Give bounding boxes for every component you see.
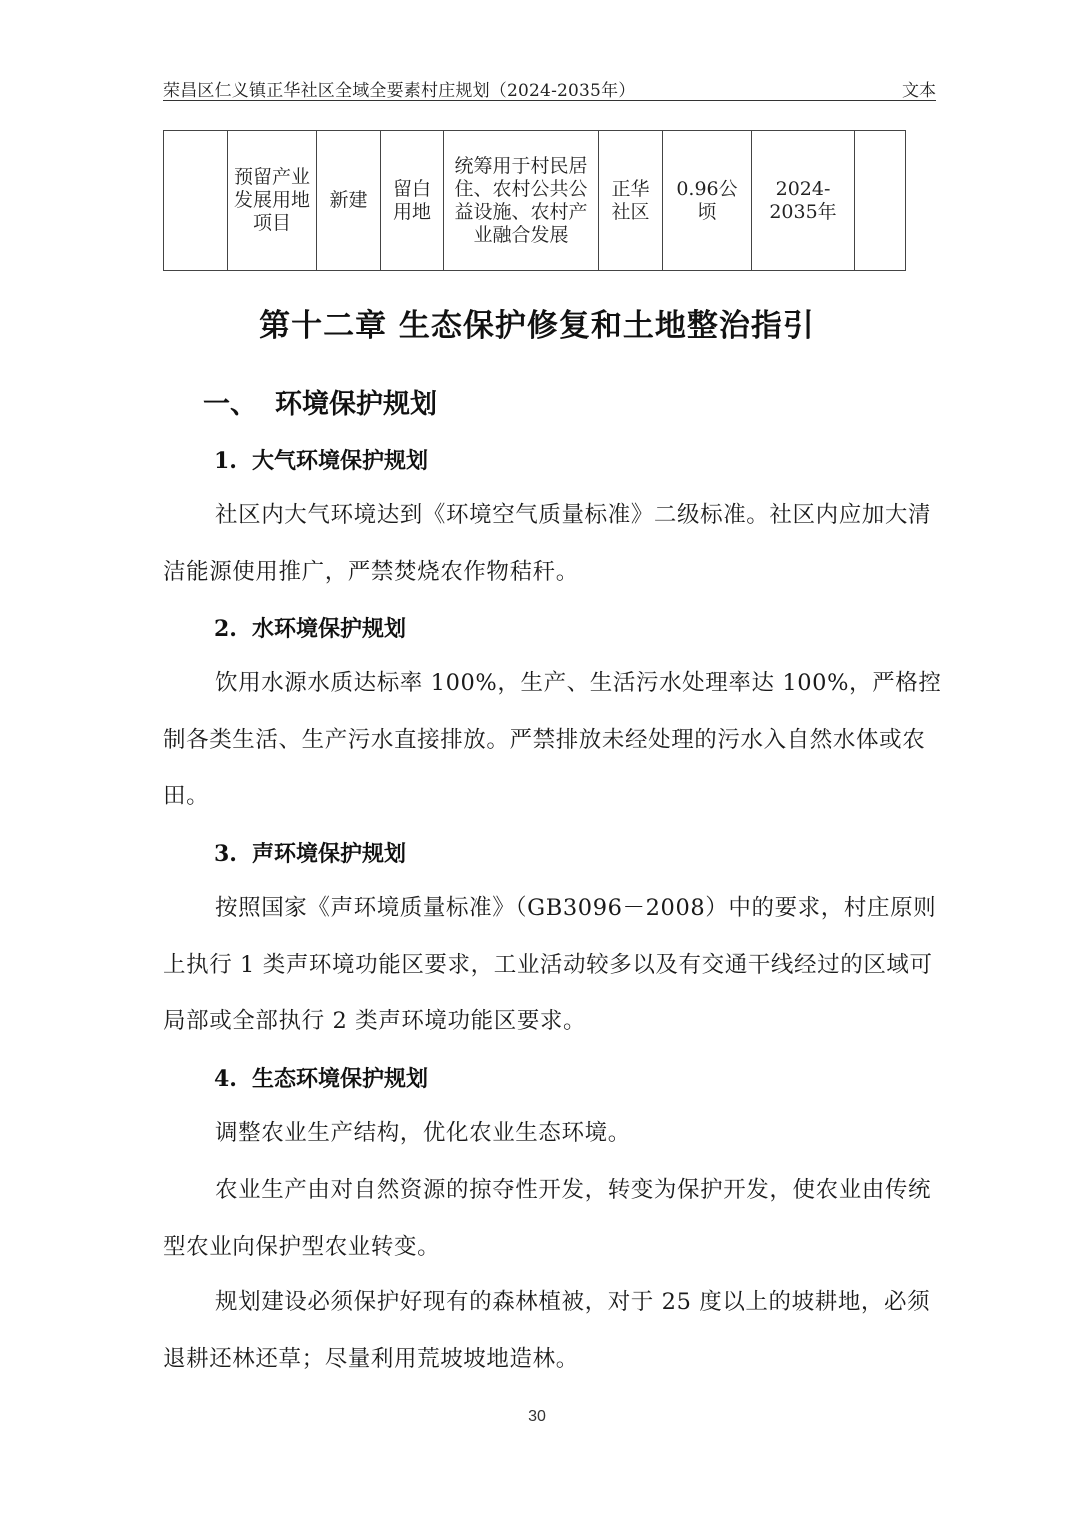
subsection-number: 4. [214, 1066, 252, 1092]
subsection-heading-2: 2.水环境保护规划 [214, 612, 406, 643]
table-cell-area: 0.96公顷 [663, 131, 752, 271]
section-number: 一、 [203, 382, 275, 421]
subsection-title: 生态环境保护规划 [252, 1067, 428, 1092]
page-number: 30 [0, 1408, 1074, 1426]
subsection-number: 2. [214, 616, 252, 642]
table-cell-type: 新建 [317, 131, 381, 271]
table-cell-project-name: 预留产业发展用地项目 [228, 131, 317, 271]
subsection-title: 声环境保护规划 [252, 842, 406, 867]
running-header: 荣昌区仁义镇正华社区全域全要素村庄规划（2024-2035年） 文本 [163, 76, 936, 101]
subsection-title: 水环境保护规划 [252, 617, 406, 642]
project-table: 预留产业发展用地项目 新建 留白用地 统筹用于村民居住、农村公共公益设施、农村产… [163, 130, 906, 271]
paragraph: 按照国家《声环境质量标准》（GB3096－2008）中的要求，村庄原则上执行 1… [163, 880, 945, 1050]
subsection-title: 大气环境保护规划 [252, 449, 428, 474]
section-title: 环境保护规划 [275, 389, 437, 420]
paragraph: 调整农业生产结构，优化农业生态环境。 [163, 1105, 945, 1162]
table-row: 预留产业发展用地项目 新建 留白用地 统筹用于村民居住、农村公共公益设施、农村产… [164, 131, 906, 271]
subsection-heading-3: 3.声环境保护规划 [214, 837, 406, 868]
subsection-heading-1: 1.大气环境保护规划 [214, 444, 428, 475]
paragraph: 规划建设必须保护好现有的森林植被，对于 25 度以上的坡耕地，必须退耕还林还草；… [163, 1274, 945, 1387]
section-heading: 一、环境保护规划 [203, 382, 437, 421]
table-cell-location: 正华社区 [599, 131, 663, 271]
chapter-title: 第十二章 生态保护修复和土地整治指引 [0, 300, 1074, 345]
table-cell-period: 2024-2035年 [752, 131, 855, 271]
table-cell-purpose: 统筹用于村民居住、农村公共公益设施、农村产业融合发展 [444, 131, 599, 271]
paragraph: 社区内大气环境达到《环境空气质量标准》二级标准。社区内应加大清洁能源使用推广，严… [163, 487, 945, 600]
document-type-label: 文本 [902, 76, 936, 101]
paragraph: 农业生产由对自然资源的掠夺性开发，转变为保护开发，使农业由传统型农业向保护型农业… [163, 1162, 945, 1275]
subsection-number: 3. [214, 841, 252, 867]
document-title: 荣昌区仁义镇正华社区全域全要素村庄规划（2024-2035年） [163, 76, 635, 101]
table-cell-remarks [855, 131, 906, 271]
subsection-number: 1. [214, 448, 252, 474]
table-cell-index [164, 131, 228, 271]
subsection-heading-4: 4.生态环境保护规划 [214, 1062, 428, 1093]
paragraph: 饮用水源水质达标率 100%，生产、生活污水处理率达 100%，严格控制各类生活… [163, 655, 945, 825]
table-cell-land-use: 留白用地 [381, 131, 444, 271]
